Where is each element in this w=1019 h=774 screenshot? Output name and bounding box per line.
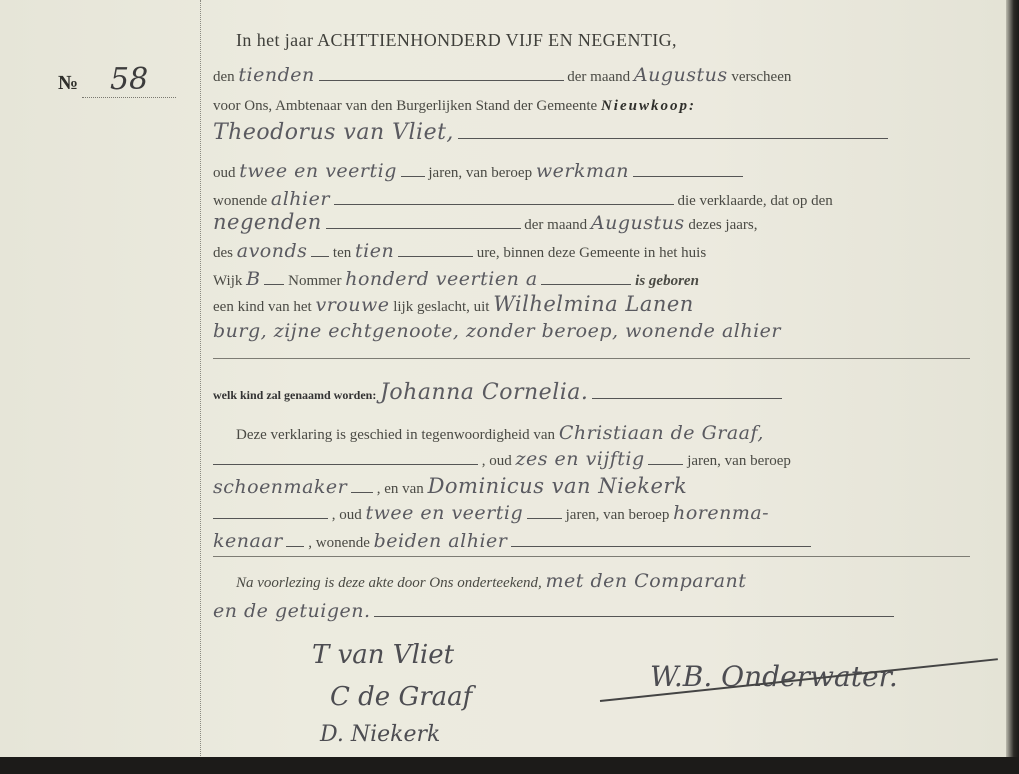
signature-witness2: D. Niekerk [320, 722, 440, 747]
hw-house-number: honderd veertien a [345, 268, 537, 290]
text-en-van: , en van [377, 481, 424, 497]
margin-rule [200, 0, 201, 760]
line-witness2-age: , oud twee en veertig jaren, van beroep … [213, 502, 968, 524]
fill-line [286, 545, 304, 547]
hw-declarant-residence: alhier [271, 188, 330, 210]
hw-closing-2: en de getuigen. [213, 600, 371, 622]
fill-line [334, 203, 674, 205]
fill-line [398, 255, 473, 257]
text-deze-verklaring: Deze verklaring is geschied in tegenwoor… [236, 427, 555, 443]
line-witness1: , oud zes en vijftig jaren, van beroep [213, 448, 968, 470]
year-words: ACHTTIENHONDERD VIJF EN NEGENTIG, [317, 30, 677, 50]
hw-birth-day: negenden [213, 210, 322, 234]
line-witness2: schoenmaker , en van Dominicus van Nieke… [213, 474, 968, 498]
fill-line [541, 283, 631, 285]
line-na-voorlezing: Na voorlezing is deze akte door Ons onde… [236, 570, 968, 592]
rule [213, 556, 970, 557]
text-jaren-beroep: jaren, van beroep [687, 453, 791, 469]
entry-number-value: 58 [82, 62, 176, 98]
hw-day-declared: tienden [238, 64, 314, 86]
line-time: des avonds ten tien ure, binnen deze Gem… [213, 240, 968, 262]
fill-line [633, 175, 743, 177]
entry-number: №58 [58, 62, 176, 98]
signature-registrar: W.B. Onderwater. [650, 660, 898, 693]
text-een-kind: een kind van het [213, 299, 312, 315]
fill-line [592, 397, 782, 399]
text-den: den [213, 69, 235, 85]
hw-witness1-occupation: schoenmaker [213, 476, 347, 498]
line-kind: een kind van het vrouwe lijk geslacht, u… [213, 292, 968, 316]
hw-time-of-day: avonds [237, 240, 308, 262]
text-der-maand: der maand [567, 69, 630, 85]
fill-line [213, 463, 478, 465]
text-oud: oud [213, 165, 236, 181]
hw-witness2: Dominicus van Niekerk [428, 474, 688, 498]
hw-declarant-age: twee en veertig [239, 160, 397, 182]
text-ure-binnen: ure, binnen deze Gemeente in het huis [477, 245, 707, 261]
rule [213, 358, 970, 359]
text-intro: In het jaar [236, 30, 313, 50]
municipality: Nieuwkoop: [601, 98, 696, 114]
register-page: №58 In het jaar ACHTTIENHONDERD VIJF EN … [0, 0, 1006, 762]
line-oud: oud twee en veertig jaren, van beroep we… [213, 160, 968, 182]
text-oud: , oud [482, 453, 512, 469]
text-welk-kind: welk kind zal genaamd worden: [213, 388, 376, 402]
text-ten: ten [333, 245, 351, 261]
fill-line [351, 491, 373, 493]
text-lijk-geslacht: lijk geslacht, uit [393, 299, 489, 315]
hw-witnesses-residence: beiden alhier [374, 530, 508, 552]
text-na-voorlezing: Na voorlezing is deze akte door Ons onde… [236, 575, 542, 591]
signature-declarant: T van Vliet [312, 640, 454, 670]
text-der-maand: der maand [524, 217, 587, 233]
text-dezes-jaars: dezes jaars, [688, 217, 757, 233]
text-jaren-beroep: jaren, van beroep [566, 507, 670, 523]
text-oud: , oud [332, 507, 362, 523]
hw-month-declared: Augustus [634, 64, 728, 86]
hw-birth-month: Augustus [591, 212, 685, 234]
hw-closing-1: met den Comparant [546, 570, 747, 592]
line-getuigen: en de getuigen. [213, 600, 968, 622]
line-deze-verklaring: Deze verklaring is geschied in tegenwoor… [236, 422, 968, 444]
line-wijk: Wijk B Nommer honderd veertien a is gebo… [213, 268, 968, 290]
text-verscheen: verscheen [731, 69, 791, 85]
hw-witness1-age: zes en vijftig [516, 448, 645, 470]
hw-witness2-occupation: horenma- [673, 502, 769, 524]
line-den: den tienden der maand Augustus verscheen [213, 64, 968, 86]
text-is-geboren: is geboren [635, 273, 699, 289]
fill-line [458, 137, 888, 139]
fill-line [326, 227, 521, 229]
fill-line [374, 615, 894, 617]
book-binding-edge [1006, 0, 1019, 774]
hw-witness2-age: twee en veertig [366, 502, 524, 524]
text-wonende: , wonende [308, 535, 370, 551]
hw-witness1: Christiaan de Graaf, [559, 422, 764, 444]
text-wijk: Wijk [213, 273, 242, 289]
line-birthday: negenden der maand Augustus dezes jaars, [213, 210, 968, 234]
hw-hour: tien [355, 240, 394, 262]
line-year: In het jaar ACHTTIENHONDERD VIJF EN NEGE… [236, 30, 968, 51]
line-mother-cont: burg, zijne echtgenoote, zonder beroep, … [213, 320, 968, 342]
fill-line [311, 255, 329, 257]
fill-line [527, 517, 562, 519]
fill-line [511, 545, 811, 547]
page-bottom-edge [0, 757, 1019, 774]
hw-declarant: Theodorus van Vliet, [213, 120, 454, 145]
entry-number-label: № [58, 72, 78, 94]
text-des: des [213, 245, 233, 261]
hw-witness2-occupation-cont: kenaar [213, 530, 283, 552]
text-voor-ons: voor Ons, Ambtenaar van den Burgerlijken… [213, 98, 597, 114]
hw-child-name: Johanna Cornelia. [380, 380, 588, 405]
line-voor-ons: voor Ons, Ambtenaar van den Burgerlijken… [213, 98, 968, 115]
text-die-verklaarde: die verklaarde, dat op den [677, 193, 832, 209]
hw-declarant-occupation: werkman [536, 160, 629, 182]
fill-line [648, 463, 683, 465]
line-residence: kenaar , wonende beiden alhier [213, 530, 968, 552]
line-declarant: Theodorus van Vliet, [213, 120, 968, 145]
line-wonende: wonende alhier die verklaarde, dat op de… [213, 188, 968, 210]
line-child-name: welk kind zal genaamd worden: Johanna Co… [213, 380, 968, 405]
text-wonende: wonende [213, 193, 267, 209]
fill-line [401, 175, 425, 177]
hw-wijk: B [246, 268, 260, 290]
fill-line [319, 79, 564, 81]
text-nommer: Nommer [288, 273, 341, 289]
hw-mother: Wilhelmina Lanen [493, 292, 694, 316]
signature-witness1: C de Graaf [330, 682, 472, 712]
text-jaren-beroep: jaren, van beroep [428, 165, 532, 181]
hw-sex: vrouwe [315, 294, 389, 316]
hw-mother-cont: burg, zijne echtgenoote, zonder beroep, … [213, 320, 781, 342]
fill-line [264, 283, 284, 285]
fill-line [213, 517, 328, 519]
